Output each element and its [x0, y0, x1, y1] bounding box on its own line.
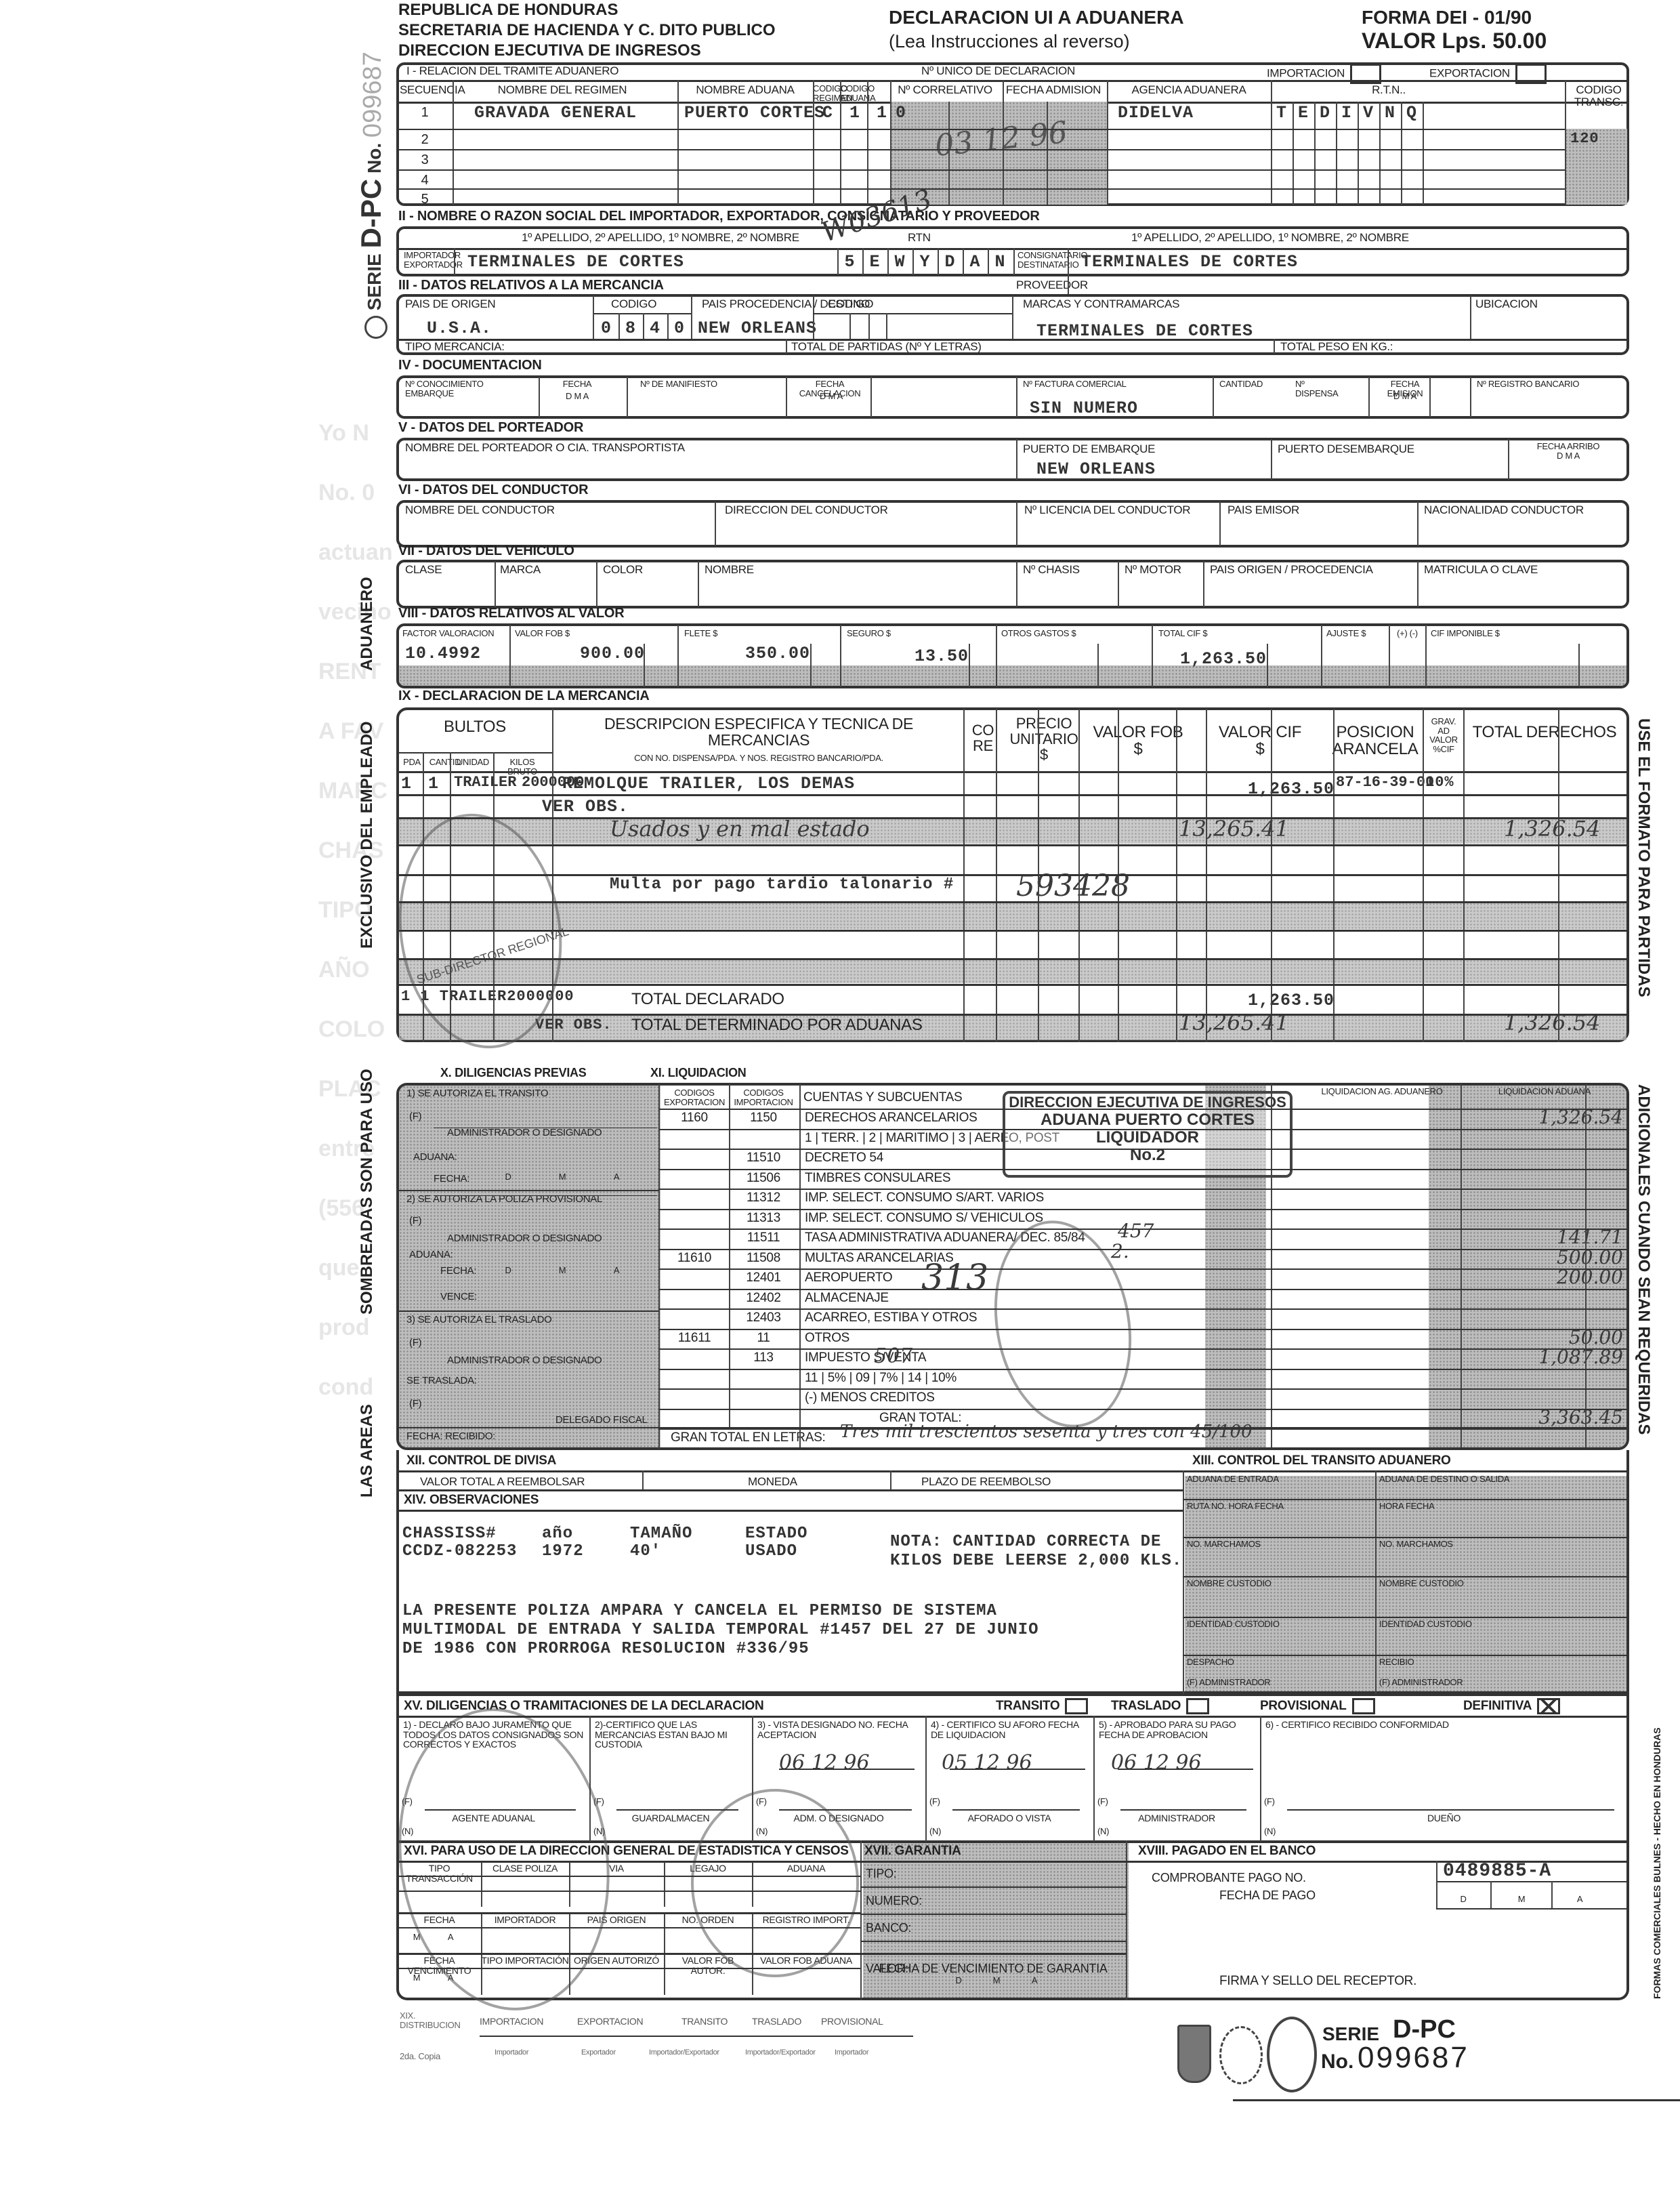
transit-cell-left: IDENTIDAD CUSTODIO	[1187, 1619, 1370, 1629]
pda-value[interactable]: 1	[401, 774, 412, 793]
obs-value: CCDZ-082253	[402, 1542, 517, 1561]
rule-line	[1368, 377, 1370, 417]
ver-obs: VER OBS.	[542, 797, 629, 817]
ghost-line: MARC	[318, 778, 387, 804]
consignatario-value[interactable]: TERMINALES DE CORTES	[1081, 252, 1298, 272]
total-derechos-header: TOTAL DERECHOS	[1463, 724, 1626, 741]
rule-line	[1097, 644, 1099, 687]
rule-line	[1551, 1881, 1553, 1908]
column-header: AGENCIA ADUANERA	[1111, 84, 1267, 96]
field-label-factor_label: FACTOR VALORACION	[402, 629, 494, 638]
footer-serial-number: 099687	[1358, 2041, 1469, 2075]
rtn-char[interactable]: N	[1379, 103, 1401, 123]
tipo-mercancia-label: TIPO MERCANCIA:	[405, 341, 505, 353]
puerto-embarque-label: PUERTO DE EMBARQUE	[1023, 443, 1155, 455]
bultos-header: BULTOS	[398, 718, 552, 735]
rule-line	[398, 1510, 1183, 1512]
rule-line	[398, 1968, 860, 1969]
signature-role: AFORADO O VISTA	[925, 1813, 1093, 1823]
rule-line	[1490, 1881, 1492, 1908]
column-header: NOMBRE	[705, 564, 754, 576]
field-label-conocimiento: Nº CONOCIMIENTO EMBARQUE	[405, 379, 527, 398]
rule-line	[1436, 1908, 1628, 1910]
option-definitiva[interactable]: DEFINITIVA	[1463, 1698, 1560, 1714]
field-label-dispensa: Nº DISPENSA	[1295, 379, 1349, 398]
rule-line	[658, 1149, 1628, 1150]
posicion-value[interactable]: 87-16-39-00	[1336, 774, 1434, 791]
handwritten-date: 06 12 96	[779, 1751, 870, 1775]
diligencia-b3: 3) SE AUTORIZA EL TRASLADO	[406, 1315, 552, 1325]
rule-line	[729, 1084, 730, 1427]
rule-line	[840, 625, 841, 687]
rule-line	[813, 80, 814, 205]
factura-value[interactable]: SIN NUMERO	[1030, 398, 1138, 418]
rule-line	[398, 149, 1565, 150]
ghost-line: vecino	[318, 599, 392, 625]
rtn-char[interactable]: E	[1293, 103, 1314, 123]
column-header: MATRICULA O CLAVE	[1424, 564, 1538, 576]
comprobante-value[interactable]: 0489885-A	[1443, 1861, 1551, 1882]
rule-line	[860, 1840, 862, 2000]
puerto-embarque-value[interactable]: NEW ORLEANS	[1036, 459, 1156, 479]
distribution-label: XIX. DISTRIBUCION	[400, 2011, 440, 2029]
section-10-title: X. DILIGENCIAS PREVIAS	[440, 1067, 586, 1079]
rtn-char[interactable]: D	[1314, 103, 1336, 123]
stamp-line: ADUANA PUERTO CORTES	[1005, 1111, 1290, 1129]
dma-label: A	[596, 1266, 637, 1275]
transit-cell-right: NOMBRE CUSTODIO	[1379, 1579, 1562, 1588]
f-label: (F)	[929, 1797, 940, 1807]
section-4-title: IV - DOCUMENTACION	[398, 358, 542, 373]
rule-line	[398, 1953, 860, 1955]
importacion-label: IMPORTACION	[1267, 66, 1345, 79]
marcas-label: MARCAS Y CONTRAMARCAS	[1023, 298, 1179, 310]
co-re-header: CO RE	[966, 722, 1000, 754]
valor-reembolsar-label: VALOR TOTAL A REEMBOLSAR	[420, 1476, 585, 1488]
serie-label: SERIE	[364, 253, 385, 310]
distribution-item: PROVISIONAL	[821, 2017, 883, 2027]
rule-line	[1016, 561, 1017, 607]
column-header: SECUENCIA	[400, 84, 454, 96]
issuer-block: REPUBLICA DE HONDURAS SECRETARIA DE HACI…	[398, 0, 776, 61]
fob-value[interactable]: 900.00	[509, 644, 645, 663]
flete-value[interactable]: 350.00	[677, 644, 810, 663]
rule-line	[1093, 1716, 1095, 1842]
diligencia-aduana: ADUANA:	[413, 1152, 457, 1163]
desc-value[interactable]: REMOLQUE TRAILER, LOS DEMAS	[562, 774, 855, 793]
dma-label: M	[542, 1172, 583, 1182]
unidad-value[interactable]: TRAILER	[454, 774, 516, 791]
rule-line	[398, 1927, 860, 1928]
marcas-value[interactable]: TERMINALES DE CORTES	[1036, 321, 1253, 341]
option-checkbox[interactable]	[1537, 1698, 1560, 1714]
code-exp: 1160	[663, 1111, 726, 1125]
rtn-char[interactable]: N	[988, 252, 1013, 272]
account-name: OTROS	[805, 1332, 849, 1345]
rule-line	[867, 80, 868, 205]
rule-line	[658, 1409, 1628, 1410]
section-14-title: XIV. OBSERVACIONES	[404, 1493, 539, 1507]
importador-value[interactable]: TERMINALES DE CORTES	[467, 252, 684, 272]
serie-code: D-PC	[355, 179, 387, 249]
importador-label: IMPORTADOR EXPORTADOR	[404, 251, 451, 269]
code-imp: 113	[732, 1351, 795, 1365]
regimen-value[interactable]: GRAVADA GENERAL	[474, 103, 637, 123]
column-header: CODIGO TRANSC.	[1572, 84, 1626, 108]
code-char[interactable]: 0	[887, 103, 915, 123]
serie-no-label: No.	[364, 143, 385, 173]
field-label-cantidad: CANTIDAD	[1219, 379, 1274, 389]
rule-line	[1287, 1809, 1614, 1811]
cif-header: VALOR CIF $	[1213, 724, 1307, 758]
distribution-item: IMPORTACION	[480, 2017, 543, 2027]
codigo-char[interactable]: 8	[618, 318, 643, 338]
rule-line	[398, 1716, 1628, 1718]
rule-line	[398, 930, 1628, 932]
option-label: PROVISIONAL	[1260, 1699, 1347, 1713]
unique-declaration-label: Nº UNICO DE DECLARACION	[921, 65, 1075, 77]
field-label-otros_label: OTROS GASTOS $	[1001, 629, 1076, 638]
fob-header: VALOR FOB $	[1091, 724, 1185, 758]
codigo2-label: CODIGO	[828, 298, 873, 310]
description-header: DESCRIPCION ESPECIFICA Y TECNICA DE MERC…	[555, 716, 962, 748]
rule-line	[912, 248, 914, 275]
rule-line	[1417, 561, 1419, 607]
aduana-value[interactable]: PUERTO CORTES	[684, 103, 825, 123]
option-label: TRANSITO	[996, 1699, 1059, 1713]
dma-label: D	[1450, 1895, 1477, 1904]
obs-text: LA PRESENTE POLIZA AMPARA Y CANCELA EL P…	[402, 1602, 997, 1620]
margin-note-areas: LAS AREAS	[358, 1404, 377, 1498]
field-label-seguro_label: SEGURO $	[847, 629, 891, 638]
field-label-ajuste_label: AJUSTE $	[1326, 629, 1366, 638]
transit-cell-right: RECIBIO	[1379, 1657, 1562, 1667]
section-12-title: XII. CONTROL DE DIVISA	[406, 1454, 556, 1468]
diligencia-delegado: DELEGADO FISCAL	[555, 1415, 648, 1426]
rule-line	[1429, 377, 1431, 417]
margin-note-use-formato: USE EL FORMATO PARA PARTIDAS	[1634, 718, 1653, 997]
transc-value[interactable]: 120	[1570, 130, 1599, 147]
column-header: MARCA	[500, 564, 541, 576]
option-provisional[interactable]: PROVISIONAL	[1260, 1698, 1375, 1714]
codigo-char[interactable]: 0	[594, 318, 618, 338]
rule-line	[810, 644, 812, 687]
rule-line	[398, 1489, 1183, 1491]
cod-imp-header: CODIGOS IMPORTACION	[732, 1088, 795, 1107]
rtn-char[interactable]: Q	[1401, 103, 1423, 123]
row-sequence: 3	[398, 153, 452, 167]
rule-line	[398, 874, 1628, 876]
account-name: DERECHOS ARANCELARIOS	[805, 1111, 978, 1125]
rule-line	[398, 1876, 860, 1877]
rule-line	[840, 80, 841, 205]
option-transito[interactable]: TRANSITO	[996, 1698, 1088, 1714]
subcolumn-header: UNIDAD	[453, 758, 493, 767]
section-13-title: XIII. CONTROL DEL TRANSITO ADUANERO	[1192, 1454, 1451, 1468]
factor-value[interactable]: 10.4992	[405, 644, 481, 663]
rule-line	[658, 1249, 1628, 1250]
transit-cell-right: HORA FECHA	[1379, 1502, 1562, 1511]
cantid-value[interactable]: 1	[428, 774, 439, 793]
exportacion-label: EXPORTACION	[1429, 66, 1510, 79]
option-label: TRASLADO	[1111, 1699, 1181, 1713]
rule-line	[658, 1268, 1628, 1270]
ghost-line: prod	[318, 1315, 370, 1341]
gran-total-letras-label: GRAN TOTAL EN LETRAS:	[671, 1431, 825, 1445]
margin-note-sombreadas: SOMBREADAS SON PARA USO	[358, 1069, 377, 1315]
porteador-label: NOMBRE DEL PORTEADOR O CIA. TRANSPORTIST…	[405, 442, 685, 454]
rule-line	[398, 1470, 1628, 1472]
handwritten-date: 06 12 96	[1111, 1751, 1202, 1775]
rule-line	[398, 1014, 1628, 1016]
rule-line	[627, 377, 628, 417]
code-imp: 11510	[732, 1151, 795, 1165]
hand-note-tasa: 457	[1118, 1220, 1154, 1242]
section-6-title: VI - DATOS DEL CONDUCTOR	[398, 482, 588, 498]
diligencia-f: (F)	[409, 1338, 421, 1348]
field-label-cif_label: TOTAL CIF $	[1158, 629, 1207, 638]
stamp-line: LIQUIDADOR	[1005, 1129, 1290, 1147]
rule-line	[1417, 501, 1419, 546]
obs-header: año	[542, 1525, 573, 1543]
puerto-desembarque-label: PUERTO DESEMBARQUE	[1278, 443, 1414, 455]
section-5-title: V - DATOS DEL PORTEADOR	[398, 420, 583, 436]
n-label: (N)	[929, 1827, 941, 1836]
column-header: CLASE	[405, 564, 442, 576]
declaration-box-text: 3) - VISTA DESIGNADO No. FECHA ACEPTACIO…	[757, 1720, 920, 1739]
rtn-char[interactable]: T	[1271, 103, 1293, 123]
rule-line	[1183, 1617, 1628, 1618]
rule-line	[398, 958, 1628, 960]
option-checkbox[interactable]	[1352, 1698, 1375, 1714]
rule-line	[698, 561, 699, 607]
rule-line	[779, 1809, 912, 1811]
handwritten-date: 05 12 96	[942, 1751, 1032, 1775]
rule-line	[434, 1128, 657, 1128]
account-name: ALMACENAJE	[805, 1292, 889, 1305]
rule-line	[868, 313, 870, 339]
field-label-fecha: FECHA	[550, 379, 604, 389]
section-17-title: XVII. GARANTIA	[864, 1844, 961, 1858]
option-checkbox[interactable]	[1065, 1698, 1088, 1714]
column-header: R.T.N..	[1287, 84, 1490, 96]
diligencia-admin: ADMINISTRADOR O DESIGNADO	[447, 1233, 602, 1244]
proveedor-label: PROVEEDOR	[1016, 279, 1088, 291]
transit-cell-right: No. MARCHAMOS	[1379, 1540, 1562, 1549]
option-traslado[interactable]: TRASLADO	[1111, 1698, 1209, 1714]
rule-line	[569, 1862, 570, 1907]
rule-line	[1213, 377, 1214, 417]
seguro-value[interactable]: 13.50	[840, 646, 969, 666]
diligencia-fecha: FECHA:	[434, 1174, 469, 1184]
fecha-arribo-label: FECHA ARRIBO	[1511, 442, 1626, 451]
footer-no-label: No.	[1321, 2050, 1353, 2073]
rule-line	[1016, 501, 1017, 546]
rtn-char[interactable]: 5	[837, 252, 862, 272]
declaration-box-text: 5) - APROBADO PARA SU PAGO FECHA DE APRO…	[1099, 1720, 1255, 1739]
rule-line	[860, 1886, 1126, 1888]
rtn-char[interactable]: D	[938, 252, 963, 272]
field-label-dma: D M A	[550, 392, 604, 401]
field-label-fob_label: VALOR FOB $	[515, 629, 570, 638]
code-imp: 12402	[732, 1292, 795, 1305]
transit-cell-left: NOMBRE CUSTODIO	[1187, 1579, 1370, 1588]
codigo-char[interactable]: 4	[643, 318, 667, 338]
rule-line	[644, 644, 645, 687]
declaration-box-text: 4) - CERTIFICO SU AFORO FECHA DE LIQUIDA…	[931, 1720, 1088, 1739]
copia-item: Importador/Exportador	[649, 2049, 719, 2057]
rule-line	[398, 1310, 659, 1312]
rule-line	[398, 984, 1628, 986]
account-name: TIMBRES CONSULARES	[805, 1172, 950, 1185]
cod-exp-header: CODIGOS EXPORTACION	[663, 1088, 726, 1107]
rule-line	[779, 1769, 915, 1770]
rule-line	[480, 2036, 913, 2037]
rtn-char[interactable]: W	[887, 252, 912, 272]
rule-line	[996, 625, 997, 687]
rule-line	[786, 377, 787, 417]
total-declarado-cif[interactable]: 1,263.50	[1206, 991, 1335, 1010]
rtn-char[interactable]: Y	[912, 252, 938, 272]
rule-line	[642, 1470, 644, 1489]
shaded-row	[399, 903, 1626, 929]
rule-line	[398, 1190, 659, 1191]
ghost-line: AÑO	[318, 957, 370, 983]
rule-line	[658, 1369, 1628, 1370]
rule-line	[677, 625, 679, 687]
code-imp: 12401	[732, 1271, 795, 1285]
rule-line	[398, 771, 1628, 773]
rule-line	[1016, 377, 1017, 417]
rule-line	[1183, 1499, 1628, 1500]
rtn-label: RTN	[908, 232, 931, 244]
rule-line	[752, 1716, 753, 1842]
section-11-title: XI. LIQUIDACION	[650, 1067, 747, 1079]
obs-value: USADO	[745, 1542, 797, 1561]
account-name: IMP. SELECT. CONSUMO S/ART. VARIOS	[805, 1191, 1044, 1205]
garantia-field: TIPO:	[866, 1867, 897, 1880]
rule-line	[658, 1329, 1628, 1330]
rule-line	[425, 1809, 576, 1811]
rule-line	[870, 377, 872, 417]
rule-line	[1321, 625, 1322, 687]
f-label: (F)	[1264, 1797, 1275, 1807]
rule-line	[495, 561, 496, 607]
diligencia-f: (F)	[409, 1399, 421, 1409]
column-header: NOMBRE ADUANA	[684, 84, 806, 96]
field-label-registro: Nº REGISTRO BANCARIO	[1477, 379, 1626, 389]
rule-line	[643, 313, 644, 339]
column-header: NOMBRE DEL REGIMEN	[461, 84, 664, 96]
moneda-label: MONEDA	[748, 1476, 797, 1488]
total-partidas-label: TOTAL DE PARTIDAS (Nº y Letras)	[791, 341, 982, 353]
rule-line	[752, 1862, 753, 1907]
account-name: ACARREO, ESTIBA Y OTROS	[805, 1311, 977, 1325]
declaration-box-text: 6) - CERTIFICO RECIBIDO CONFORMIDAD	[1265, 1720, 1622, 1730]
section-15-title: XV. DILIGENCIAS O TRAMITACIONES DE LA DE…	[404, 1699, 763, 1713]
printer-credit: FORMAS COMERCIALES BULNES - HECHO EN HON…	[1652, 1727, 1662, 1999]
field-label-manifiesto: Nº DE MANIFIESTO	[640, 379, 742, 389]
rule-line	[890, 80, 891, 205]
transit-cell-right: IDENTIDAD CUSTODIO	[1379, 1619, 1562, 1629]
coat-of-arms-icon	[1267, 2017, 1317, 2092]
rule-line	[1470, 377, 1471, 417]
side-serial: SERIE D-PC No. 099687	[355, 51, 387, 339]
codigo-label: CODIGO	[611, 298, 656, 310]
rule-line	[752, 1914, 753, 1954]
rtn-char[interactable]: V	[1358, 103, 1379, 123]
agencia-value[interactable]: DIDELVA	[1118, 103, 1194, 123]
handwritten-observation: Usados y en mal estado	[610, 816, 870, 842]
rtn-char[interactable]: I	[1336, 103, 1358, 123]
rule-line	[837, 248, 839, 275]
diligencia-f: (F)	[409, 1216, 421, 1226]
column-header: FECHA ADMISION	[1003, 84, 1104, 96]
row-sequence: 4	[398, 173, 452, 188]
grav-header: GRAV. AD VALOR %CIF	[1425, 717, 1462, 754]
total-determinado-prefix: VER OBS.	[535, 1016, 612, 1033]
obs-text: MULTIMODAL DE ENTRADA Y SALIDA TEMPORAL …	[402, 1621, 1039, 1639]
rule-line	[938, 248, 939, 275]
rule-line	[398, 794, 1628, 796]
procedencia-value[interactable]: NEW ORLEANS	[698, 318, 817, 338]
rule-line	[887, 248, 889, 275]
column-header: NACIONALIDAD CONDUCTOR	[1424, 504, 1584, 516]
rtn-char[interactable]: A	[963, 252, 988, 272]
rule-line	[667, 313, 669, 339]
section-9-title: IX - DECLARACION DE LA MERCANCIA	[398, 688, 650, 704]
rule-line	[658, 1229, 1628, 1230]
rule-line	[1436, 1881, 1628, 1882]
rule-line	[664, 1914, 665, 1954]
code-char[interactable]: C	[814, 103, 841, 123]
rule-line	[1183, 1537, 1628, 1538]
rule-line	[1233, 2099, 1680, 2101]
section-18-title: XVIII. PAGADO EN EL BANCO	[1138, 1844, 1316, 1858]
n-label: (N)	[1097, 1827, 1109, 1836]
account-name: IMP. SELECT. CONSUMO S/ VEHICULOS	[805, 1212, 1043, 1225]
option-label: DEFINITIVA	[1463, 1699, 1532, 1713]
cuentas-header: CUENTAS Y SUBCUENTAS	[803, 1091, 962, 1105]
transit-cell-left: DESPACHO	[1187, 1657, 1370, 1667]
form-subtitle: (Lea Instrucciones al reverso)	[889, 31, 1130, 52]
rule-line	[398, 188, 1565, 190]
codigo-char[interactable]: 0	[667, 318, 692, 338]
rule-line	[398, 752, 552, 754]
total-declarado-label: TOTAL DECLARADO	[631, 991, 784, 1008]
code-char[interactable]: 1	[841, 103, 868, 123]
declaration-box-text: 2)-CERTIFICO QUE LAS MERCANCIAS ESTAN BA…	[595, 1720, 747, 1750]
rule-line	[398, 1427, 1628, 1428]
option-checkbox[interactable]	[1186, 1698, 1209, 1714]
diligencia-vence: VENCE:	[440, 1292, 477, 1302]
diligencia-fecha: FECHA:	[440, 1266, 476, 1277]
rule-line	[1107, 80, 1108, 205]
cif-value[interactable]: 1,263.50	[1152, 649, 1267, 669]
row-sequence: 2	[398, 133, 452, 147]
liq-aduana-header: LIQUIDACION ADUANA	[1463, 1087, 1626, 1096]
pais-origen-value[interactable]: U.S.A.	[427, 318, 492, 338]
n-label: (N)	[1264, 1827, 1276, 1836]
transit-cell-right: ADUANA DE DESTINO O SALIDA	[1379, 1474, 1562, 1484]
ubicacion-label: UBICACION	[1475, 298, 1538, 310]
rule-line	[481, 1914, 482, 1954]
rtn-char[interactable]: E	[862, 252, 887, 272]
multa-note: Multa por pago tardio talonario #	[610, 875, 954, 894]
rule-line	[664, 1954, 665, 1995]
rule-line	[658, 1348, 1628, 1350]
grav-value[interactable]: 10%	[1425, 774, 1454, 791]
